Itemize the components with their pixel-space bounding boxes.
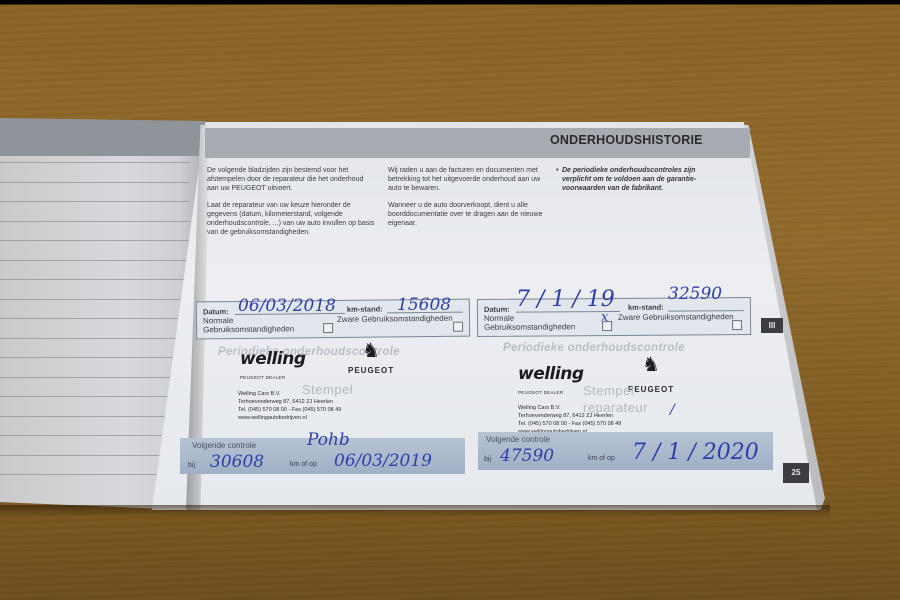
paragraph: De volgende bladzijden zijn bestemd voor… [207,166,377,193]
peugeot-brand: PEUGEOT [628,385,674,394]
zware-checkbox[interactable] [453,322,463,332]
dealer-address: Terhoevenderweg 87, 6412 ZJ Heerlen [518,412,621,420]
km-stand-label: km-stand: [347,304,383,313]
zware-checkbox[interactable] [732,320,742,330]
datum-label: Datum: [203,307,229,316]
book-shadow [0,505,830,517]
dealer-web: www.wellingautobedrijven.nl [238,414,341,422]
peugeot-brand: PEUGEOT [348,366,394,375]
intro-column-2: Wij raden u aan de facturen en documente… [388,166,548,236]
dealer-phone: Tel. (045) 570 08 00 - Fax (045) 570 08 … [238,406,341,414]
peugeot-lion-icon: ♞ [642,352,660,377]
volgende-controle-label: Volgende controle [192,441,256,450]
dealer-name: Welling Cars B.V. [238,390,341,398]
page-title: ONDERHOUDSHISTORIE [550,133,703,147]
handwritten-km: 15608 [397,295,451,315]
stempel-watermark: Stempel [583,383,634,398]
normale-label: Normale Gebruiksomstandigheden [484,313,604,332]
km-of-op-label: km of op [588,455,615,462]
welling-logo: welling [240,349,306,369]
handwritten-km: 32590 [668,284,722,304]
normale-label: Normale Gebruiksomstandigheden [203,315,323,334]
dealer-address: Terhoevenderweg 87, 6412 ZJ Heerlen [238,398,341,406]
dealer-phone: Tel. (045) 570 08 00 - Fax (045) 570 08 … [518,420,621,428]
handwritten-next-km: 30608 [210,452,264,472]
welling-logo: welling [518,364,584,384]
paragraph: Wanneer u de auto doorverkoopt, dient u … [388,201,548,228]
normale-checkbox[interactable] [323,323,333,333]
handwritten-datum: 06/03/2018 [238,296,336,316]
volgende-controle-label: Volgende controle [486,435,550,444]
intro-column-3: • De periodieke onderhoudscontroles zijn… [562,166,712,201]
bij-label: bij [188,462,195,469]
handwritten-checkmark: x [601,310,608,325]
handwritten-next-date: 7 / 1 / 2020 [632,440,759,465]
bij-label: bij [484,456,491,463]
zware-label: Zware Gebruiksomstandigheden [618,312,738,322]
intro-column-1: De volgende bladzijden zijn bestemd voor… [207,166,377,245]
left-page-header-band [0,118,205,156]
peugeot-lion-icon: ♞ [362,338,380,363]
dealer-name: Welling Cars B.V. [518,404,621,412]
handwritten-next-date: 06/03/2019 [334,451,432,471]
km-of-op-label: km of op [290,461,317,468]
paragraph: Wij raden u aan de facturen en documente… [388,166,548,193]
paragraph: Laat de reparateur van uw keuze hieronde… [207,201,377,237]
handwritten-datum: 7 / 1 / 19 [516,287,615,312]
page-number: 25 [783,463,809,483]
handwritten-signature: Pohb [307,430,350,450]
dealer-tag: PEUGEOT DEALER [518,390,563,395]
section-tab: III [761,318,783,333]
bullet-icon: • [556,166,558,175]
paragraph: De periodieke onderhoudscontroles zijn v… [562,166,712,193]
km-stand-label: km-stand: [628,303,664,312]
handwritten-signature: / [670,402,675,418]
zware-label: Zware Gebruiksomstandigheden [337,314,457,324]
datum-label: Datum: [484,305,510,314]
handwritten-next-km: 47590 [500,446,554,466]
dealer-info: Welling Cars B.V. Terhoevenderweg 87, 64… [238,390,341,422]
dealer-tag: PEUGEOT DEALER [240,375,285,380]
